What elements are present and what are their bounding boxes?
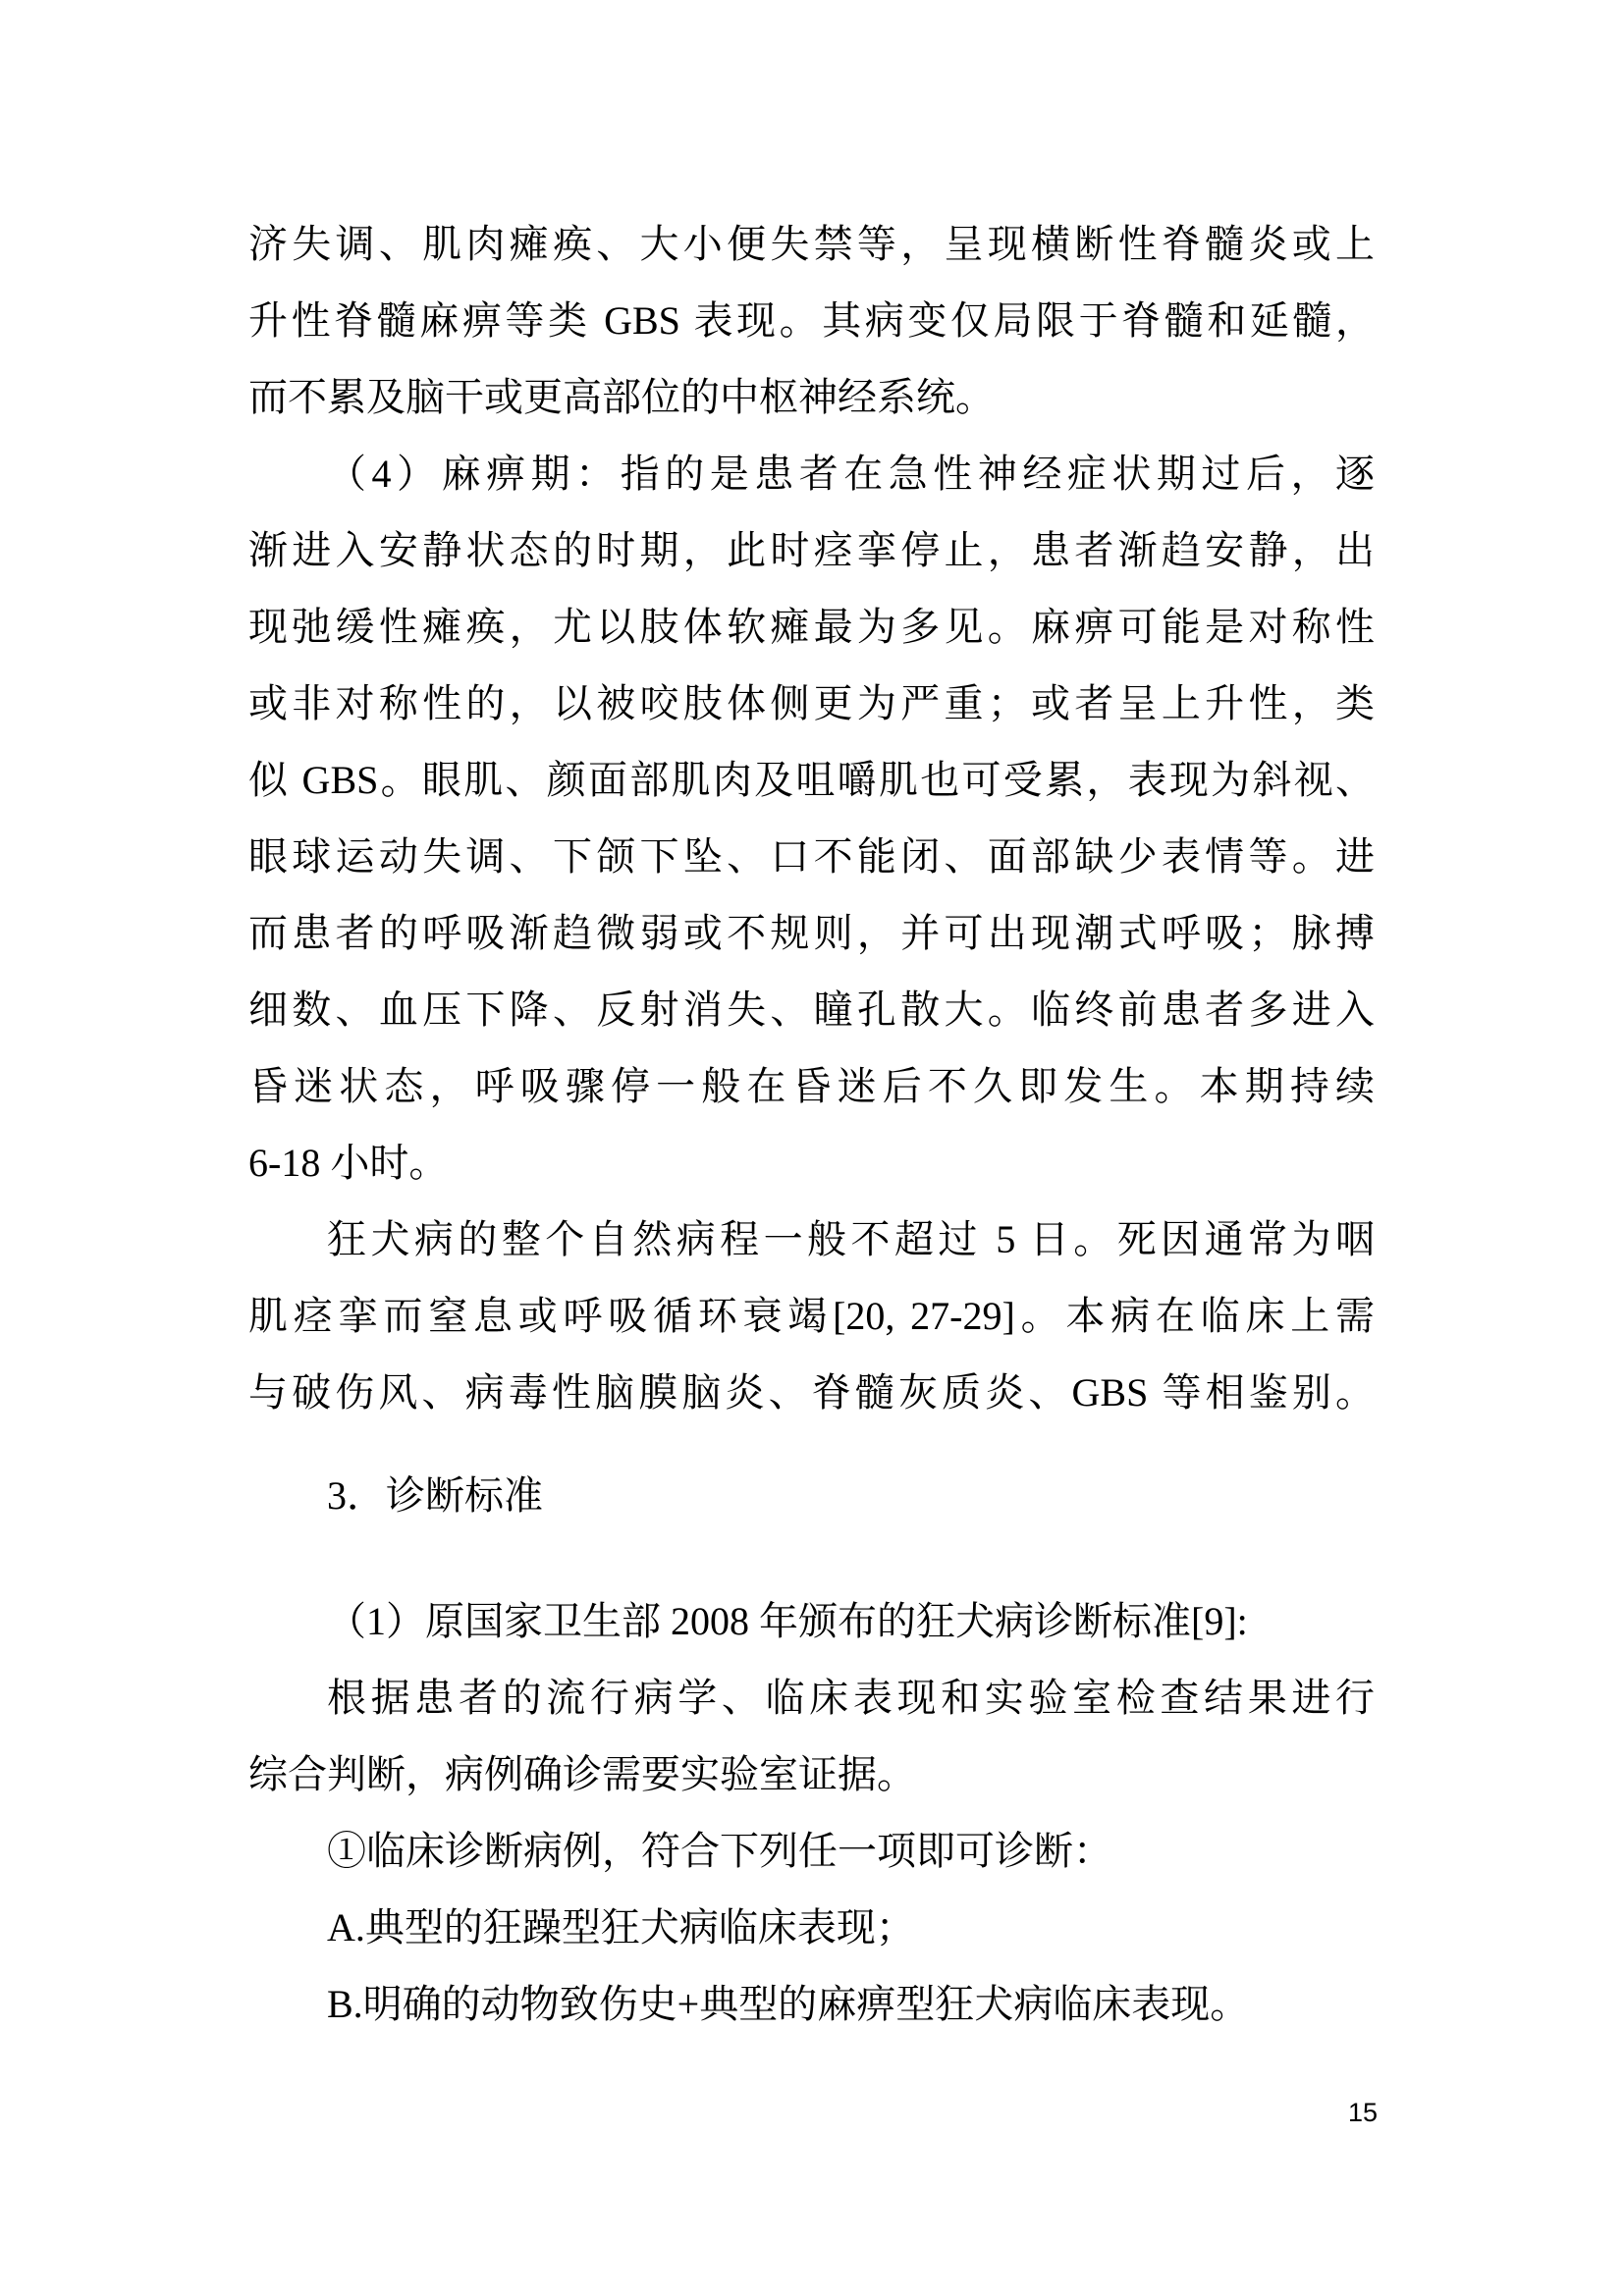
text-line: 而不累及脑干或更高部位的中枢神经系统。 xyxy=(248,359,1375,436)
text-line: 现弛缓性瘫痪，尤以肢体软瘫最为多见。麻痹可能是对称性 xyxy=(248,589,1375,666)
text-line: （1）原国家卫生部 2008 年颁布的狂犬病诊断标准[9]: xyxy=(248,1583,1375,1660)
text-line: 济失调、肌肉瘫痪、大小便失禁等，呈现横断性脊髓炎或上 xyxy=(248,206,1375,283)
text-line: 升性脊髓麻痹等类 GBS 表现。其病变仅局限于脊髓和延髓， xyxy=(248,283,1375,359)
text-line: 而患者的呼吸渐趋微弱或不规则，并可出现潮式呼吸；脉搏 xyxy=(248,895,1375,972)
text-line: A.典型的狂躁型狂犬病临床表现； xyxy=(248,1890,1375,1966)
document-page: 济失调、肌肉瘫痪、大小便失禁等，呈现横断性脊髓炎或上升性脊髓麻痹等类 GBS 表… xyxy=(0,0,1624,2296)
text-line: ①临床诊断病例，符合下列任一项即可诊断： xyxy=(248,1813,1375,1890)
text-line: 或非对称性的，以被咬肢体侧更为严重；或者呈上升性，类 xyxy=(248,666,1375,742)
text-line: 狂犬病的整个自然病程一般不超过 5 日。死因通常为咽 xyxy=(248,1201,1375,1278)
page-number: 15 xyxy=(1348,2097,1378,2128)
text-line: 渐进入安静状态的时期，此时痉挛停止，患者渐趋安静，出 xyxy=(248,512,1375,589)
text-line: 6-18 小时。 xyxy=(248,1125,1375,1201)
section-heading: 3．诊断标准 xyxy=(248,1458,1375,1534)
text-line: B.明确的动物致伤史+典型的麻痹型狂犬病临床表现。 xyxy=(248,1966,1375,2043)
text-line: 根据患者的流行病学、临床表现和实验室检查结果进行 xyxy=(248,1660,1375,1736)
text-line: 细数、血压下降、反射消失、瞳孔散大。临终前患者多进入 xyxy=(248,972,1375,1048)
document-lines: 济失调、肌肉瘫痪、大小便失禁等，呈现横断性脊髓炎或上升性脊髓麻痹等类 GBS 表… xyxy=(248,206,1375,2043)
text-line: 似 GBS。眼肌、颜面部肌肉及咀嚼肌也可受累，表现为斜视、 xyxy=(248,742,1375,819)
text-line: 综合判断，病例确诊需要实验室证据。 xyxy=(248,1736,1375,1813)
text-line: 与破伤风、病毒性脑膜脑炎、脊髓灰质炎、GBS 等相鉴别。 xyxy=(248,1355,1375,1431)
text-line: 昏迷状态，呼吸骤停一般在昏迷后不久即发生。本期持续 xyxy=(248,1048,1375,1125)
text-line: （4）麻痹期：指的是患者在急性神经症状期过后，逐 xyxy=(248,436,1375,512)
text-line: 肌痉挛而窒息或呼吸循环衰竭[20, 27-29]。本病在临床上需 xyxy=(248,1278,1375,1355)
text-line: 眼球运动失调、下颌下坠、口不能闭、面部缺少表情等。进 xyxy=(248,819,1375,895)
